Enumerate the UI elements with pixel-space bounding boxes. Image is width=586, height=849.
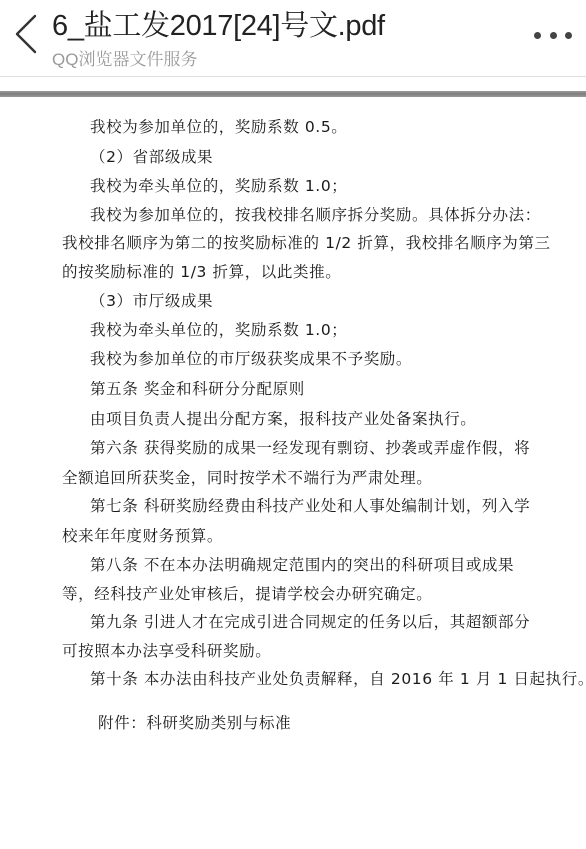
document-text-line: 全额追回所获奖金，同时按学术不端行为严肃处理。	[62, 468, 432, 488]
document-text-line: 第十条 本办法由科技产业处负责解释，自 2016 年 1 月 1 日起执行。	[90, 669, 586, 689]
pdf-viewer[interactable]: 我校为参加单位的，奖励系数 0.5。（2）省部级成果我校为牵头单位的，奖励系数 …	[0, 97, 586, 849]
document-text-line: 我校为参加单位的，奖励系数 0.5。	[90, 117, 347, 137]
back-button[interactable]	[8, 12, 44, 56]
document-text-line: 的按奖励标准的 1/3 折算，以此类推。	[62, 262, 341, 282]
document-text-line: 可按照本办法享受科研奖励。	[62, 641, 271, 661]
document-text-line: 我校排名顺序为第二的按奖励标准的 1/2 折算，我校排名顺序为第三	[62, 233, 551, 253]
document-text-line: 等，经科技产业处审核后，提请学校会办研究确定。	[62, 584, 432, 604]
document-text-line: 附件：科研奖励类别与标准	[98, 713, 291, 733]
document-text-line: 我校为参加单位的市厅级获奖成果不予奖励。	[90, 349, 412, 369]
document-text-line: 第五条 奖金和科研分分配原则	[90, 379, 305, 399]
document-text-line: 由项目负责人提出分配方案，报科技产业处备案执行。	[90, 409, 476, 429]
document-text-line: 我校为牵头单位的，奖励系数 1.0；	[90, 176, 347, 196]
document-text-line: 第八条 不在本办法明确规定范围内的突出的科研项目或成果	[90, 555, 514, 575]
document-text-line: 校来年年度财务预算。	[62, 526, 223, 546]
more-dot-icon	[534, 32, 541, 39]
document-text-line: 第九条 引进人才在完成引进合同规定的任务以后，其超额部分	[90, 612, 530, 632]
top-bar: 6_盐工发2017[24]号文.pdf QQ浏览器文件服务	[0, 0, 586, 77]
pdf-page: 我校为参加单位的，奖励系数 0.5。（2）省部级成果我校为牵头单位的，奖励系数 …	[0, 97, 586, 849]
more-dot-icon	[565, 32, 572, 39]
file-title: 6_盐工发2017[24]号文.pdf	[52, 3, 385, 44]
document-text-line: 第七条 科研奖励经费由科技产业处和人事处编制计划，列入学	[90, 496, 530, 516]
document-text-line: 我校为参加单位的，按我校排名顺序拆分奖励。具体拆分办法：	[90, 205, 541, 225]
document-text-line: 第六条 获得奖励的成果一经发现有剽窃、抄袭或弄虚作假，将	[90, 438, 530, 458]
file-source: QQ浏览器文件服务	[52, 45, 197, 70]
document-text-line: （3）市厅级成果	[90, 291, 213, 311]
document-text-line: 我校为牵头单位的，奖励系数 1.0；	[90, 320, 347, 340]
more-options-button[interactable]	[528, 24, 578, 46]
more-dot-icon	[550, 32, 557, 39]
document-text-line: （2）省部级成果	[90, 147, 213, 167]
chevron-left-icon	[8, 12, 44, 56]
